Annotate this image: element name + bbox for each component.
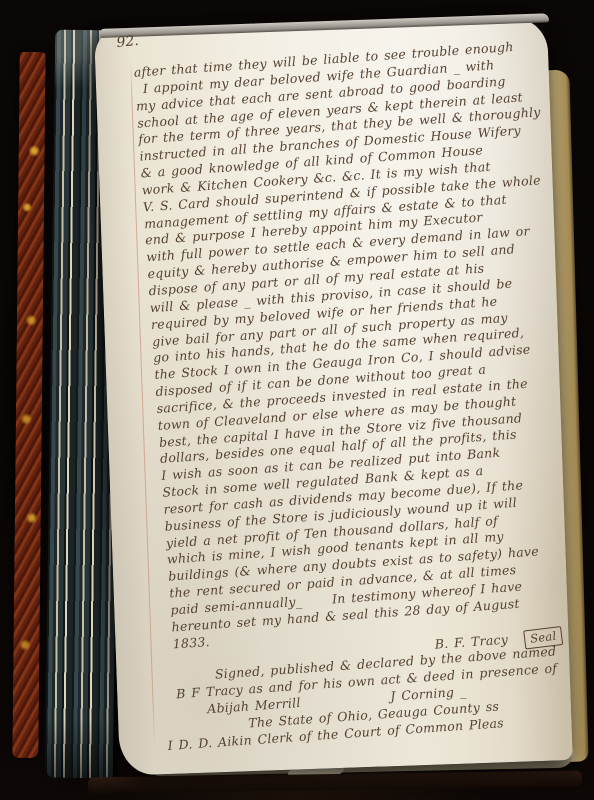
photo-background: 92. after that time they will be liable … bbox=[0, 0, 594, 800]
seal-mark: Seal bbox=[523, 626, 563, 649]
manuscript-text: after that time they will be liable to s… bbox=[133, 37, 590, 754]
page-number: 92. bbox=[116, 33, 140, 51]
manuscript-page: 92. after that time they will be liable … bbox=[94, 18, 573, 775]
book-cover-marbled-edge bbox=[12, 52, 45, 758]
